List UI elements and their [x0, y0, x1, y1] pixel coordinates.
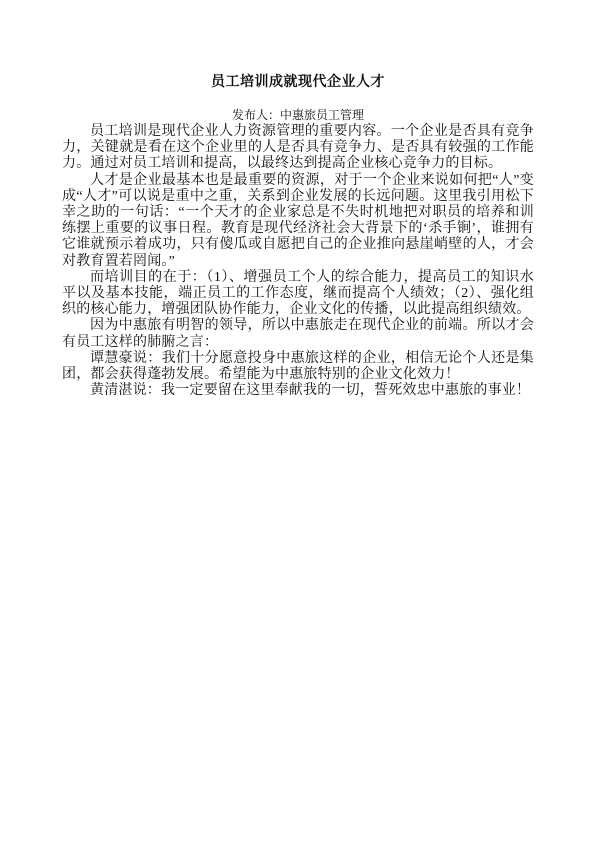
paragraph-3: 而培训目的在于：（1）、增强员工个人的综合能力，提高员工的知识水平以及基本技能，… [62, 270, 534, 319]
paragraph-6: 黄清湛说：我一定要留在这里奉献我的一切，誓死效忠中惠旅的事业！ [62, 383, 534, 399]
document-content: 员工培训成就现代企业人才 发布人：中惠旅员工管理 员工培训是现代企业人力资源管理… [62, 75, 534, 399]
document-page: 员工培训成就现代企业人才 发布人：中惠旅员工管理 员工培训是现代企业人力资源管理… [0, 0, 595, 842]
paragraph-1: 员工培训是现代企业人力资源管理的重要内容。一个企业是否具有竞争力，关键就是看在这… [62, 124, 534, 173]
document-byline: 发布人：中惠旅员工管理 [62, 108, 534, 122]
paragraph-2: 人才是企业最基本也是最重要的资源，对于一个企业来说如何把“人”变成“人才”可以说… [62, 173, 534, 270]
paragraph-4: 因为中惠旅有明智的领导，所以中惠旅走在现代企业的前端。所以才会有员工这样的肺腑之… [62, 318, 534, 350]
paragraph-5: 谭慧豪说：我们十分愿意投身中惠旅这样的企业，相信无论个人还是集团，都会获得蓬勃发… [62, 351, 534, 383]
document-title: 员工培训成就现代企业人才 [62, 75, 534, 91]
